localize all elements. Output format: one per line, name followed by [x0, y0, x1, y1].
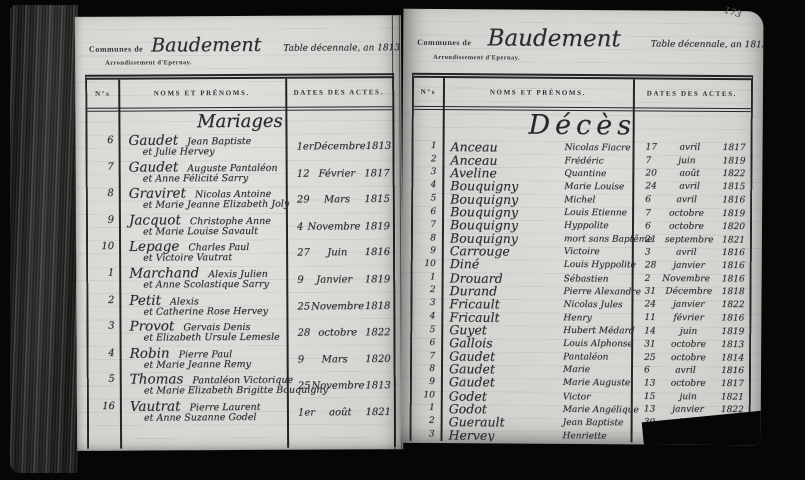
entry-spouse: et Catherine Rose Hervey	[143, 305, 268, 317]
entry-number: 6	[412, 337, 435, 347]
entry-date: 13janvier1822	[644, 405, 744, 416]
entry-date: 21septembre1821	[645, 235, 745, 246]
column-header-num: N°s	[414, 88, 443, 96]
entry-number: 10	[412, 390, 435, 400]
entry-number: 4	[89, 348, 115, 359]
entry-given-names: Victoire	[564, 247, 600, 257]
entry-date: 25octobre1814	[644, 353, 744, 364]
entry-date: 20août1822	[645, 169, 745, 180]
entry-number: 1	[412, 403, 435, 413]
entry-given-names: Pierre Alexandre	[564, 287, 641, 298]
entry-date: 7juin1819	[645, 156, 745, 167]
marriage-table-row: 4 RobinPierre Paul et Marie Jeanne Remy …	[89, 345, 394, 374]
section-title-mariages: Mariages	[87, 110, 392, 134]
arrondissement-label: Arrondissement d'Epernay.	[433, 54, 759, 63]
entry-given-names: Jean Baptiste	[563, 418, 624, 428]
entry-number: 7	[88, 161, 114, 172]
entry-date: 9Janvier1819	[297, 274, 390, 285]
marriage-table-row: 16 VautratPierre Laurent et Anne Suzanne…	[89, 398, 394, 427]
entry-number: 3	[412, 298, 435, 308]
right-page-header: Communes de Baudement Table décennale, a…	[417, 25, 759, 63]
entry-given-names: Henry	[563, 313, 591, 323]
entry-date: 30Mai1816	[644, 418, 744, 429]
death-table-row: 3 Hervey Henriette 2Septembre1814	[412, 429, 749, 444]
marriages-table: N°s NOMS ET PRÉNOMS. DATES DES ACTES. Ma…	[85, 73, 396, 449]
entry-date: 29Mars1815	[297, 194, 390, 206]
entry-number: 6	[413, 206, 436, 216]
entry-given-names: Quantine	[564, 169, 606, 179]
entry-given-names: Nicolas Jules	[563, 300, 622, 310]
marriage-table-row: 9 JacquotChristophe Anne et Marie Louise…	[88, 212, 393, 240]
commune-label: Communes de	[417, 38, 471, 47]
entry-date: 27Juin1816	[297, 247, 390, 259]
entry-date: 31octobre1813	[644, 339, 744, 350]
entry-number: 6	[87, 135, 113, 146]
entry-spouse: et Marie Louise Savault	[143, 226, 258, 238]
arrondissement-label: Arrondissement d'Epernay.	[105, 58, 397, 67]
entry-given-names: Hubert Médard	[563, 326, 634, 336]
left-page: Communes de Baudement Table décennale, a…	[75, 15, 403, 451]
entry-number: 7	[413, 219, 436, 229]
entry-number: 9	[413, 246, 436, 256]
entry-spouse: et Elizabeth Ursule Lemesle	[144, 332, 280, 344]
entry-given-names: Victor	[563, 392, 591, 402]
entry-given-names: Louis Etienne	[564, 208, 627, 218]
entry-date: 28janvier1816	[645, 260, 745, 271]
column-header-num: N°s	[87, 90, 118, 98]
entry-date: 24avril1815	[645, 182, 745, 193]
column-header-names: NOMS ET PRÉNOMS.	[443, 88, 633, 97]
entry-spouse: et Victoire Vautrat	[143, 252, 232, 264]
entry-given-names: Nicolas Fiacre	[565, 142, 631, 152]
entry-date: 12Février1817	[297, 168, 390, 179]
entry-number: 9	[88, 214, 114, 225]
entry-number: 2	[412, 416, 435, 426]
entry-given-names: Louis Alphonse	[563, 339, 633, 349]
column-header-names: NOMS ET PRÉNOMS.	[118, 89, 285, 98]
entry-date: 25Novembre1818	[297, 300, 390, 312]
table-caption: Table décennale, an 1813 à 1822	[651, 39, 764, 50]
entry-given-names: Marie Auguste	[563, 378, 630, 388]
entry-date: 31Décembre1818	[645, 287, 745, 298]
marriages-table-header: N°s NOMS ET PRÉNOMS. DATES DES ACTES.	[87, 78, 392, 112]
entry-number: 5	[413, 194, 436, 204]
entry-given-names: Marie Angélique	[563, 405, 639, 416]
marriages-rows: Mariages 6 GaudetJean Baptiste et Julie …	[87, 110, 394, 449]
entry-number: 4	[413, 180, 436, 190]
entry-number: 1	[88, 268, 114, 279]
marriage-table-row: 1 MarchandAlexis Julien et Anne Scolasti…	[88, 265, 393, 293]
entry-given-names: mort sans Baptême	[564, 235, 653, 246]
marriage-table-row: 6 GaudetJean Baptiste et Julie Hervey 1e…	[87, 132, 392, 161]
entry-date: 3avril1816	[645, 247, 745, 258]
entry-number: 16	[89, 401, 115, 412]
entry-number: 2	[413, 285, 436, 295]
entry-date: 4Novembre1819	[297, 221, 390, 232]
entry-date: 1eraoût1821	[298, 407, 391, 419]
deaths-table: N°s NOMS ET PRÉNOMS. DATES DES ACTES. Dé…	[410, 73, 754, 443]
entry-number: 8	[412, 364, 435, 374]
marriage-table-row: 5 ThomasPantaléon Victorique et Marie El…	[89, 372, 394, 400]
book-fore-edge	[10, 5, 78, 473]
entry-date: 2Septembre1814	[644, 431, 744, 442]
entry-spouse: et Marie Jeanne Elizabeth Joly	[143, 199, 289, 211]
commune-line: Communes de Baudement Table décennale, a…	[417, 25, 759, 53]
entry-date: 1erDécembre1813	[297, 141, 390, 153]
entry-date: 17avril1817	[646, 142, 746, 153]
deaths-rows: Décès 1 Anceau Nicolas Fiacre 17avril181…	[412, 110, 751, 443]
entry-number: 3	[412, 430, 435, 440]
entry-given-names: Sébastien	[564, 274, 609, 284]
entry-date: 7octobre1819	[645, 208, 745, 219]
entry-date: 28octobre1822	[297, 327, 390, 338]
deaths-table-header: N°s NOMS ET PRÉNOMS. DATES DES ACTES.	[414, 78, 751, 112]
entry-number: 4	[412, 312, 435, 322]
left-page-header: Communes de Baudement Table décennale, a…	[89, 33, 397, 67]
commune-line: Communes de Baudement Table décennale, a…	[89, 33, 397, 57]
entry-number: 8	[88, 188, 114, 199]
table-caption: Table décennale, an 1813 à 1822	[283, 43, 403, 54]
entry-given-names: Henriette	[563, 431, 607, 441]
marriage-table-row: 3 ProvotGervais Denis et Elizabeth Ursul…	[88, 318, 393, 346]
entry-date: 15juin1821	[644, 392, 744, 403]
entry-given-names: Hyppolite	[564, 221, 609, 231]
marriage-table-row: 7 GaudetAuguste Pantaléon et Anne Félici…	[88, 159, 393, 187]
entry-number: 7	[412, 351, 435, 361]
section-title-deces: Décès	[414, 110, 751, 142]
entry-number: 10	[413, 259, 436, 269]
entry-number: 2	[413, 154, 436, 164]
entry-spouse: et Anne Félicité Sarry	[143, 173, 248, 185]
column-header-dates: DATES DES ACTES.	[285, 88, 392, 97]
entry-number: 2	[88, 295, 114, 306]
entry-number: 1	[413, 272, 436, 282]
entry-number: 1	[414, 141, 437, 151]
entry-date: 9Mars1820	[298, 354, 391, 366]
commune-label: Communes de	[89, 44, 143, 53]
entry-date: 14juin1819	[644, 326, 744, 337]
entry-number: 3	[413, 167, 436, 177]
entry-number: 5	[89, 374, 115, 385]
entry-date: 6avril1816	[644, 365, 744, 376]
entry-date: 2Novembre1816	[645, 274, 745, 285]
register-scan: 173 Communes de Baudement Table décennal…	[0, 0, 805, 480]
entry-date: 6avril1816	[645, 195, 745, 206]
entry-given-names: Michel	[564, 195, 595, 205]
entry-number: 10	[88, 241, 114, 252]
entry-spouse: et Anne Scolastique Sarry	[143, 279, 269, 291]
marriage-table-row: 10 LepageCharles Paul et Victoire Vautra…	[88, 238, 393, 267]
entry-given-names: Louis Hyppolite	[564, 260, 636, 271]
entry-spouse: et Anne Suzanne Godel	[144, 412, 257, 424]
entry-number: 5	[412, 324, 435, 334]
entry-given-names: Frédéric	[564, 156, 603, 166]
entry-spouse: et Julie Hervey	[143, 146, 215, 158]
column-header-dates: DATES DES ACTES.	[633, 89, 751, 98]
entry-date: 11février1816	[644, 313, 744, 324]
entry-date: 13octobre1817	[644, 378, 744, 389]
commune-name: Baudement	[151, 34, 261, 57]
entry-date: 24janvier1822	[644, 300, 744, 311]
entry-number: 9	[412, 377, 435, 387]
entry-number: 8	[413, 233, 436, 243]
commune-name: Baudement	[487, 25, 620, 52]
entry-date: 25Novembre1813	[298, 381, 391, 392]
entry-given-names: Marie Louise	[564, 182, 624, 192]
entry-surname: Hervey	[448, 427, 494, 442]
entry-spouse: et Marie Jeanne Remy	[144, 359, 251, 371]
entry-given-names: Pantaléon	[563, 353, 608, 363]
right-page: Communes de Baudement Table décennale, a…	[400, 9, 763, 446]
marriage-table-row: 8 GraviretNicolas Antoine et Marie Jeann…	[88, 185, 393, 214]
entry-number: 3	[88, 321, 114, 332]
entry-given-names: Marie	[563, 365, 590, 375]
entry-date: 6octobre1820	[645, 221, 745, 232]
marriage-table-row: 2 PetitAlexis et Catherine Rose Hervey 2…	[88, 291, 393, 320]
